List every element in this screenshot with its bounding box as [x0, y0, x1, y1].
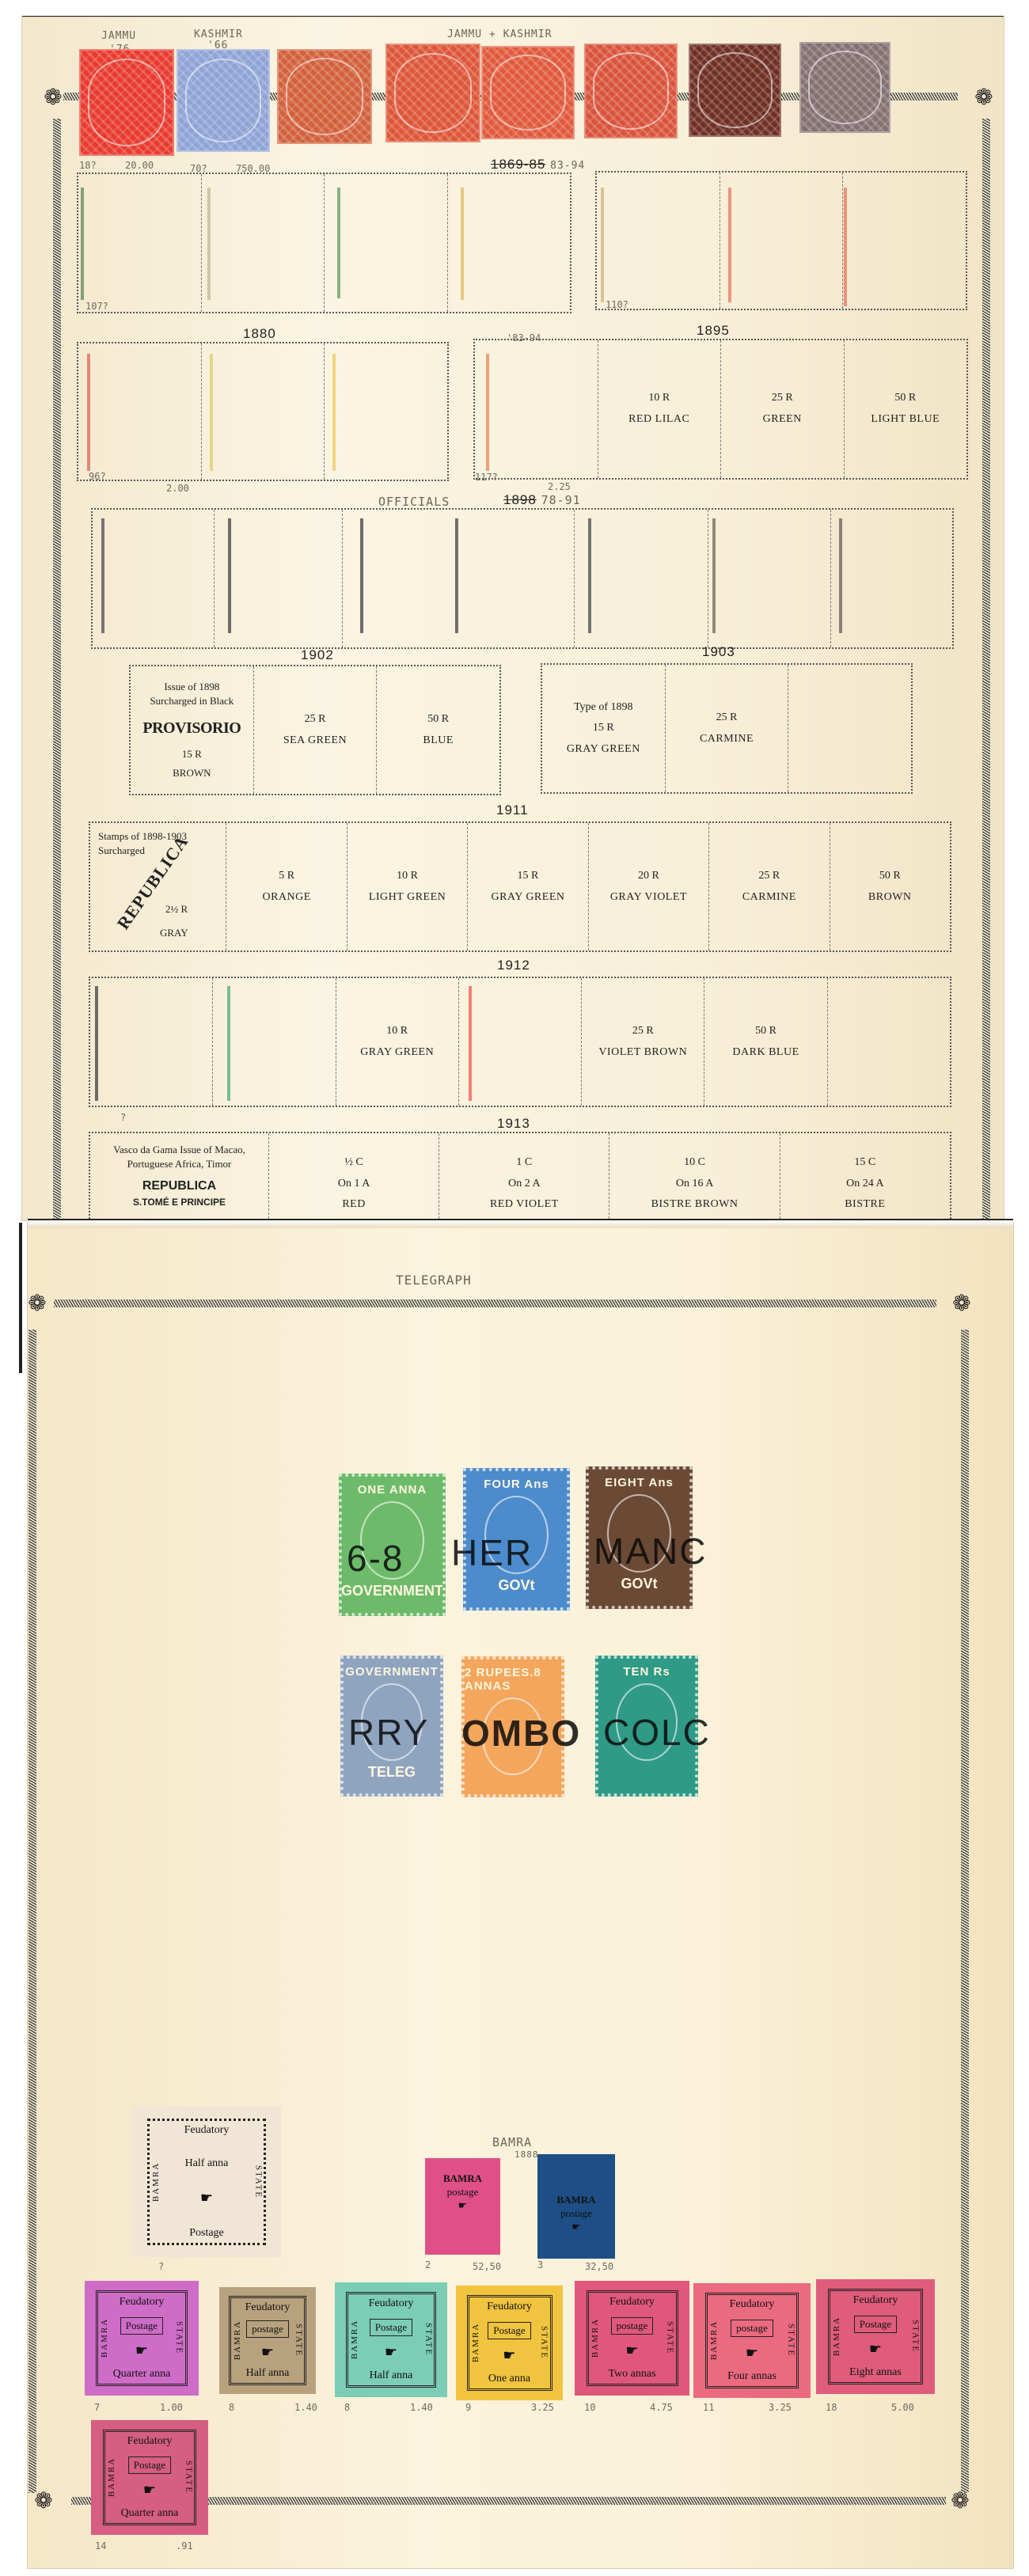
heading-1898: 1898 78-91 — [503, 492, 581, 508]
stamp-value: Half anna — [246, 2367, 290, 2380]
stamp-grid-1895: 10 RRED LILAC 25 RGREEN 50 RLIGHT BLUE — [473, 339, 968, 480]
pencil-catalog: 7 — [94, 2402, 100, 2413]
stamp-value: Half anna — [370, 2369, 413, 2382]
pencil-price: 3.25 — [769, 2402, 792, 2413]
handnote-jammu-kashmir: JAMMU + KASHMIR — [447, 28, 552, 40]
corner-ornament-icon: ❁ — [950, 1292, 974, 1315]
stamp-grid-1869-left — [77, 173, 571, 313]
stamp-text: STATE — [294, 2324, 303, 2357]
stamp-text: Postage — [120, 2317, 163, 2335]
stamp-slot-empty — [828, 978, 950, 1106]
stamp-grid-1902: Issue of 1898 Surcharged in Black PROVIS… — [129, 665, 501, 795]
stamp[interactable] — [584, 44, 678, 138]
stamp-text: BAMRA — [709, 2320, 719, 2360]
stamp-text: postage — [611, 2317, 654, 2335]
pointing-hand-icon: ☛ — [746, 2345, 758, 2362]
pencil-catalog: 11 — [703, 2402, 714, 2413]
stamp[interactable] — [210, 354, 213, 471]
stamp-text: Feudatory — [487, 2301, 532, 2313]
stamp-grid-1911: Stamps of 1898-1903 Surcharged REPUBLICA… — [89, 821, 951, 952]
stamp-text: Feudatory — [127, 2435, 173, 2448]
stamp[interactable] — [81, 188, 84, 300]
stamp[interactable] — [87, 354, 90, 471]
handnote-bamra-year: 1888 — [514, 2149, 539, 2160]
heading-1869: 1869-85 83-94 — [491, 157, 585, 173]
pencil-price: 1.40 — [294, 2402, 317, 2413]
issue-note: Type of 189815 RGRAY GREEN — [542, 665, 666, 792]
stamp-value-top: GOVERNMENT — [345, 1665, 439, 1679]
pencil-note: ? — [120, 1112, 126, 1123]
stamp-value-bottom: GOVt — [621, 1576, 657, 1592]
handnote-kashmir: KASHMIR — [194, 28, 243, 40]
pencil-price: 5.00 — [891, 2402, 914, 2413]
page-edge-stub — [19, 1223, 22, 1373]
corner-ornament-icon: ❁ — [972, 85, 996, 109]
stamp[interactable] — [844, 188, 847, 306]
stamp-slot: 50 RLIGHT BLUE — [845, 340, 967, 478]
stamp-value: Quarter anna — [113, 2368, 171, 2381]
stamp-slot: 25 RVIOLET BROWN — [582, 978, 704, 1106]
stamp[interactable] — [332, 354, 336, 471]
stamp-value-bottom: GOVERNMENT — [341, 1583, 443, 1599]
pointing-hand-icon: ☛ — [503, 2347, 515, 2364]
stamp-text: BAMRA — [233, 2320, 242, 2360]
stamp[interactable] — [277, 49, 372, 144]
stamp-bamra[interactable]: Feudatory Postage ☛ Half anna BAMRA STAT… — [335, 2282, 447, 2397]
stamp-slot: 50 RDARK BLUE — [704, 978, 827, 1106]
stamp-value: Quarter anna — [121, 2507, 179, 2520]
stamp-text: STATE — [175, 2321, 184, 2354]
pencil-catalog: 18 — [826, 2402, 837, 2413]
stamp[interactable] — [177, 49, 270, 152]
pencil-catalog: 10 — [584, 2402, 595, 2413]
stamp[interactable] — [799, 42, 890, 133]
stamp[interactable] — [227, 986, 230, 1101]
stamp-text: postage — [447, 2186, 479, 2199]
telegraph-overprint: 6-8 — [347, 1537, 404, 1580]
telegraph-overprint: MANC — [594, 1530, 707, 1573]
heading-1895: 1895 — [697, 323, 730, 339]
handnote-jammu: JAMMU — [101, 30, 136, 42]
stamp-text: Feudatory — [853, 2294, 898, 2307]
stamp[interactable] — [712, 518, 716, 633]
stamp-value-top: 2 RUPEES.8 ANNAS — [465, 1666, 561, 1693]
stamp-text: postage — [731, 2320, 773, 2337]
corner-ornament-icon: ❁ — [948, 2489, 972, 2513]
stamp-grid-1869-right — [595, 171, 967, 310]
pointing-hand-icon: ☛ — [135, 2343, 148, 2359]
telegraph-overprint: RRY — [348, 1711, 429, 1754]
heading-1913: 1913 — [497, 1116, 530, 1132]
border-right — [982, 119, 990, 1219]
handnote-telegraph: TELEGRAPH — [396, 1273, 472, 1288]
stamp[interactable] — [689, 44, 781, 137]
stamp-grid-1903: Type of 189815 RGRAY GREEN 25 RCARMINE — [541, 663, 913, 794]
stamp[interactable] — [461, 188, 464, 300]
stamp[interactable] — [228, 518, 231, 633]
stamp-bamra[interactable]: Feudatory postage ☛ Half anna BAMRA STAT… — [219, 2287, 316, 2394]
stamp-text: Feudatory — [369, 2297, 414, 2310]
stamp-bamra[interactable]: Feudatory Postage ☛ One anna BAMRA STATE — [456, 2286, 563, 2400]
hand-icon: ☛ — [571, 2221, 581, 2234]
stamp[interactable] — [588, 518, 591, 633]
telegraph-overprint: OMBO — [461, 1712, 581, 1755]
stamp-bamra-1888[interactable]: BAMRApostage☛ — [425, 2158, 500, 2255]
pencil-note: 117? — [475, 472, 498, 483]
stamp-text: STATE — [184, 2460, 194, 2494]
border-left — [28, 1330, 36, 2493]
stamp-value-top: ONE ANNA — [358, 1483, 427, 1497]
border-top — [54, 1299, 936, 1307]
pencil-note: 2.00 — [166, 483, 189, 494]
stamp[interactable] — [385, 44, 480, 142]
stamp-value-bottom: GOVt — [498, 1577, 534, 1594]
pencil-catalog: 3 — [537, 2259, 543, 2271]
stamp-bamra-first[interactable]: Feudatory Half anna ☛ Postage BAMRA STAT… — [132, 2107, 281, 2257]
stamp[interactable] — [79, 49, 174, 156]
stamp-bamra[interactable]: Feudatory Postage ☛ Quarter anna BAMRA S… — [85, 2281, 199, 2396]
stamp-bamra[interactable]: Feudatory Postage ☛ Eight annas BAMRA ST… — [816, 2279, 935, 2394]
stamp-text: BAMRA — [100, 2318, 109, 2358]
stamp-text: BAMRA — [443, 2172, 482, 2186]
pencil-catalog: 8 — [229, 2402, 234, 2413]
stamp-text: BAMRA — [556, 2194, 595, 2207]
stamp-text: Postage — [370, 2319, 412, 2336]
stamp[interactable] — [601, 188, 604, 302]
stamp-text: BAMRA — [590, 2318, 600, 2358]
stamp-text: postage — [560, 2207, 592, 2221]
stamp-slot: 25 RSEA GREEN — [254, 666, 378, 794]
stamp-text: STATE — [540, 2326, 549, 2359]
stamp-value-top: EIGHT Ans — [605, 1476, 674, 1489]
pointing-hand-icon: ☛ — [143, 2482, 156, 2498]
stamp-slot: 10 RGRAY GREEN — [336, 978, 459, 1106]
stamp-value: Four annas — [727, 2370, 776, 2383]
pencil-note: 2.25 — [548, 481, 571, 492]
stamp-value-top: FOUR Ans — [484, 1478, 549, 1491]
border-right — [961, 1330, 969, 2493]
stamp-text: BAMRA — [107, 2457, 116, 2497]
stamp-text: BAMRA — [832, 2316, 841, 2356]
page-edge-divider — [28, 1219, 1013, 1228]
stamp[interactable] — [728, 188, 731, 302]
corner-ornament-icon: ❁ — [41, 85, 65, 109]
pencil-note: 14 — [95, 2540, 106, 2551]
corner-ornament-icon: ❁ — [25, 1292, 49, 1315]
pointing-hand-icon: ☛ — [261, 2344, 274, 2361]
telegraph-overprint: COLC — [603, 1711, 711, 1754]
stamp[interactable] — [839, 518, 842, 633]
stamp-grid-1880 — [77, 342, 449, 481]
stamp-bamra[interactable]: Feudatory postage ☛ Two annas BAMRA STAT… — [575, 2281, 689, 2396]
stamp[interactable] — [101, 518, 104, 633]
pencil-catalog: 9 — [465, 2402, 471, 2413]
pencil-price: 1.40 — [410, 2402, 433, 2413]
stamp-text: STATE — [423, 2323, 433, 2356]
pencil-catalog: 2 — [425, 2259, 431, 2271]
stamp-text: Postage — [128, 2456, 171, 2474]
stamp-slot: 25 RCARMINE — [666, 665, 789, 792]
heading-1911: 1911 — [496, 802, 529, 818]
pencil-note: 110? — [606, 299, 628, 310]
stamp-value-bottom: TELEG — [368, 1764, 416, 1781]
border-left — [53, 119, 61, 1219]
stamp-bamra[interactable]: Feudatory Postage ☛ Quarter anna BAMRA S… — [91, 2420, 208, 2535]
stamp[interactable] — [481, 46, 575, 139]
stamp-text: Postage — [488, 2322, 530, 2339]
issue-note: Stamps of 1898-1903 Surcharged REPUBLICA… — [90, 823, 226, 950]
pencil-note: 107? — [85, 301, 108, 312]
stamp[interactable] — [486, 354, 489, 471]
pencil-catalog: 8 — [344, 2402, 350, 2413]
stamp-text: STATE — [666, 2321, 675, 2354]
stamp-slot: 10 RRED LILAC — [598, 340, 722, 478]
stamp-text: Feudatory — [245, 2301, 290, 2314]
stamp[interactable] — [207, 188, 211, 300]
pointing-hand-icon: ☛ — [869, 2341, 882, 2358]
pencil-price: 4.75 — [650, 2402, 673, 2413]
stamp-value-top: TEN Rs — [623, 1665, 670, 1679]
stamp-slot: 10 RLIGHT GREEN — [347, 823, 468, 950]
pointing-hand-icon: ☛ — [385, 2344, 397, 2361]
heading-1903: 1903 — [702, 644, 735, 660]
corner-ornament-icon: ❁ — [32, 2489, 55, 2513]
pencil-price: 1.00 — [160, 2402, 183, 2413]
stamp[interactable] — [469, 986, 472, 1101]
stamp-grid-officials — [91, 508, 954, 649]
heading-1880: 1880 — [243, 326, 276, 342]
stamp[interactable] — [337, 188, 340, 298]
stamp-slot: 5 RORANGE — [226, 823, 347, 950]
stamp-text: postage — [246, 2320, 289, 2338]
handnote-officials: OFFICIALS — [378, 495, 450, 509]
stamp-grid-1912: 10 RGRAY GREEN 25 RVIOLET BROWN 50 RDARK… — [89, 977, 951, 1107]
stamp-slot: 25 RGREEN — [721, 340, 845, 478]
stamp-text: Feudatory — [730, 2298, 775, 2311]
stamp-text: STATE — [911, 2320, 921, 2353]
hand-icon: ☛ — [458, 2199, 468, 2213]
stamp-text: BAMRA — [350, 2320, 359, 2359]
stamp[interactable] — [360, 518, 363, 633]
stamp-bamra-1888[interactable]: BAMRApostage☛ — [537, 2154, 615, 2259]
pencil-note: .91 — [176, 2540, 193, 2551]
pencil-note: ? — [158, 2261, 164, 2272]
handnote-bamra: BAMRA — [492, 2135, 532, 2149]
issue-note: Issue of 1898 Surcharged in Black PROVIS… — [131, 666, 254, 794]
pencil-price: 32,50 — [585, 2261, 613, 2272]
stamp-slot: 25 RCARMINE — [709, 823, 830, 950]
stamp-slot-empty — [788, 665, 911, 792]
stamp-slot: 50 RBLUE — [377, 666, 499, 794]
stamp[interactable] — [95, 986, 98, 1101]
pencil-note: 96? — [89, 471, 106, 482]
stamp-text: Feudatory — [609, 2296, 655, 2309]
pencil-price: 52,50 — [473, 2261, 501, 2272]
pencil-price: 3.25 — [531, 2402, 554, 2413]
stamp-text: Feudatory — [120, 2296, 165, 2309]
stamp-value: Two annas — [608, 2368, 655, 2381]
stamp-text: STATE — [787, 2324, 796, 2357]
heading-1902: 1902 — [301, 647, 334, 663]
stamp-text: Postage — [854, 2316, 897, 2333]
stamp-slot: 15 RGRAY GREEN — [468, 823, 588, 950]
pointing-hand-icon: ☛ — [625, 2343, 638, 2359]
stamp[interactable] — [455, 518, 458, 633]
stamp-value: One anna — [488, 2373, 530, 2385]
telegraph-overprint: HER — [451, 1531, 533, 1574]
pencil-note: 18? — [79, 160, 97, 171]
stamp-bamra[interactable]: Feudatory postage ☛ Four annas BAMRA STA… — [693, 2283, 811, 2398]
pencil-note: 20.00 — [125, 160, 154, 171]
stamp-slot: 20 RGRAY VIOLET — [589, 823, 709, 950]
heading-1912: 1912 — [497, 958, 530, 973]
stamp-value: Eight annas — [849, 2366, 902, 2379]
stamp-slot: 50 RBROWN — [830, 823, 950, 950]
pointing-hand-icon: ☛ — [200, 2190, 213, 2206]
stamp-text: BAMRA — [471, 2323, 480, 2362]
